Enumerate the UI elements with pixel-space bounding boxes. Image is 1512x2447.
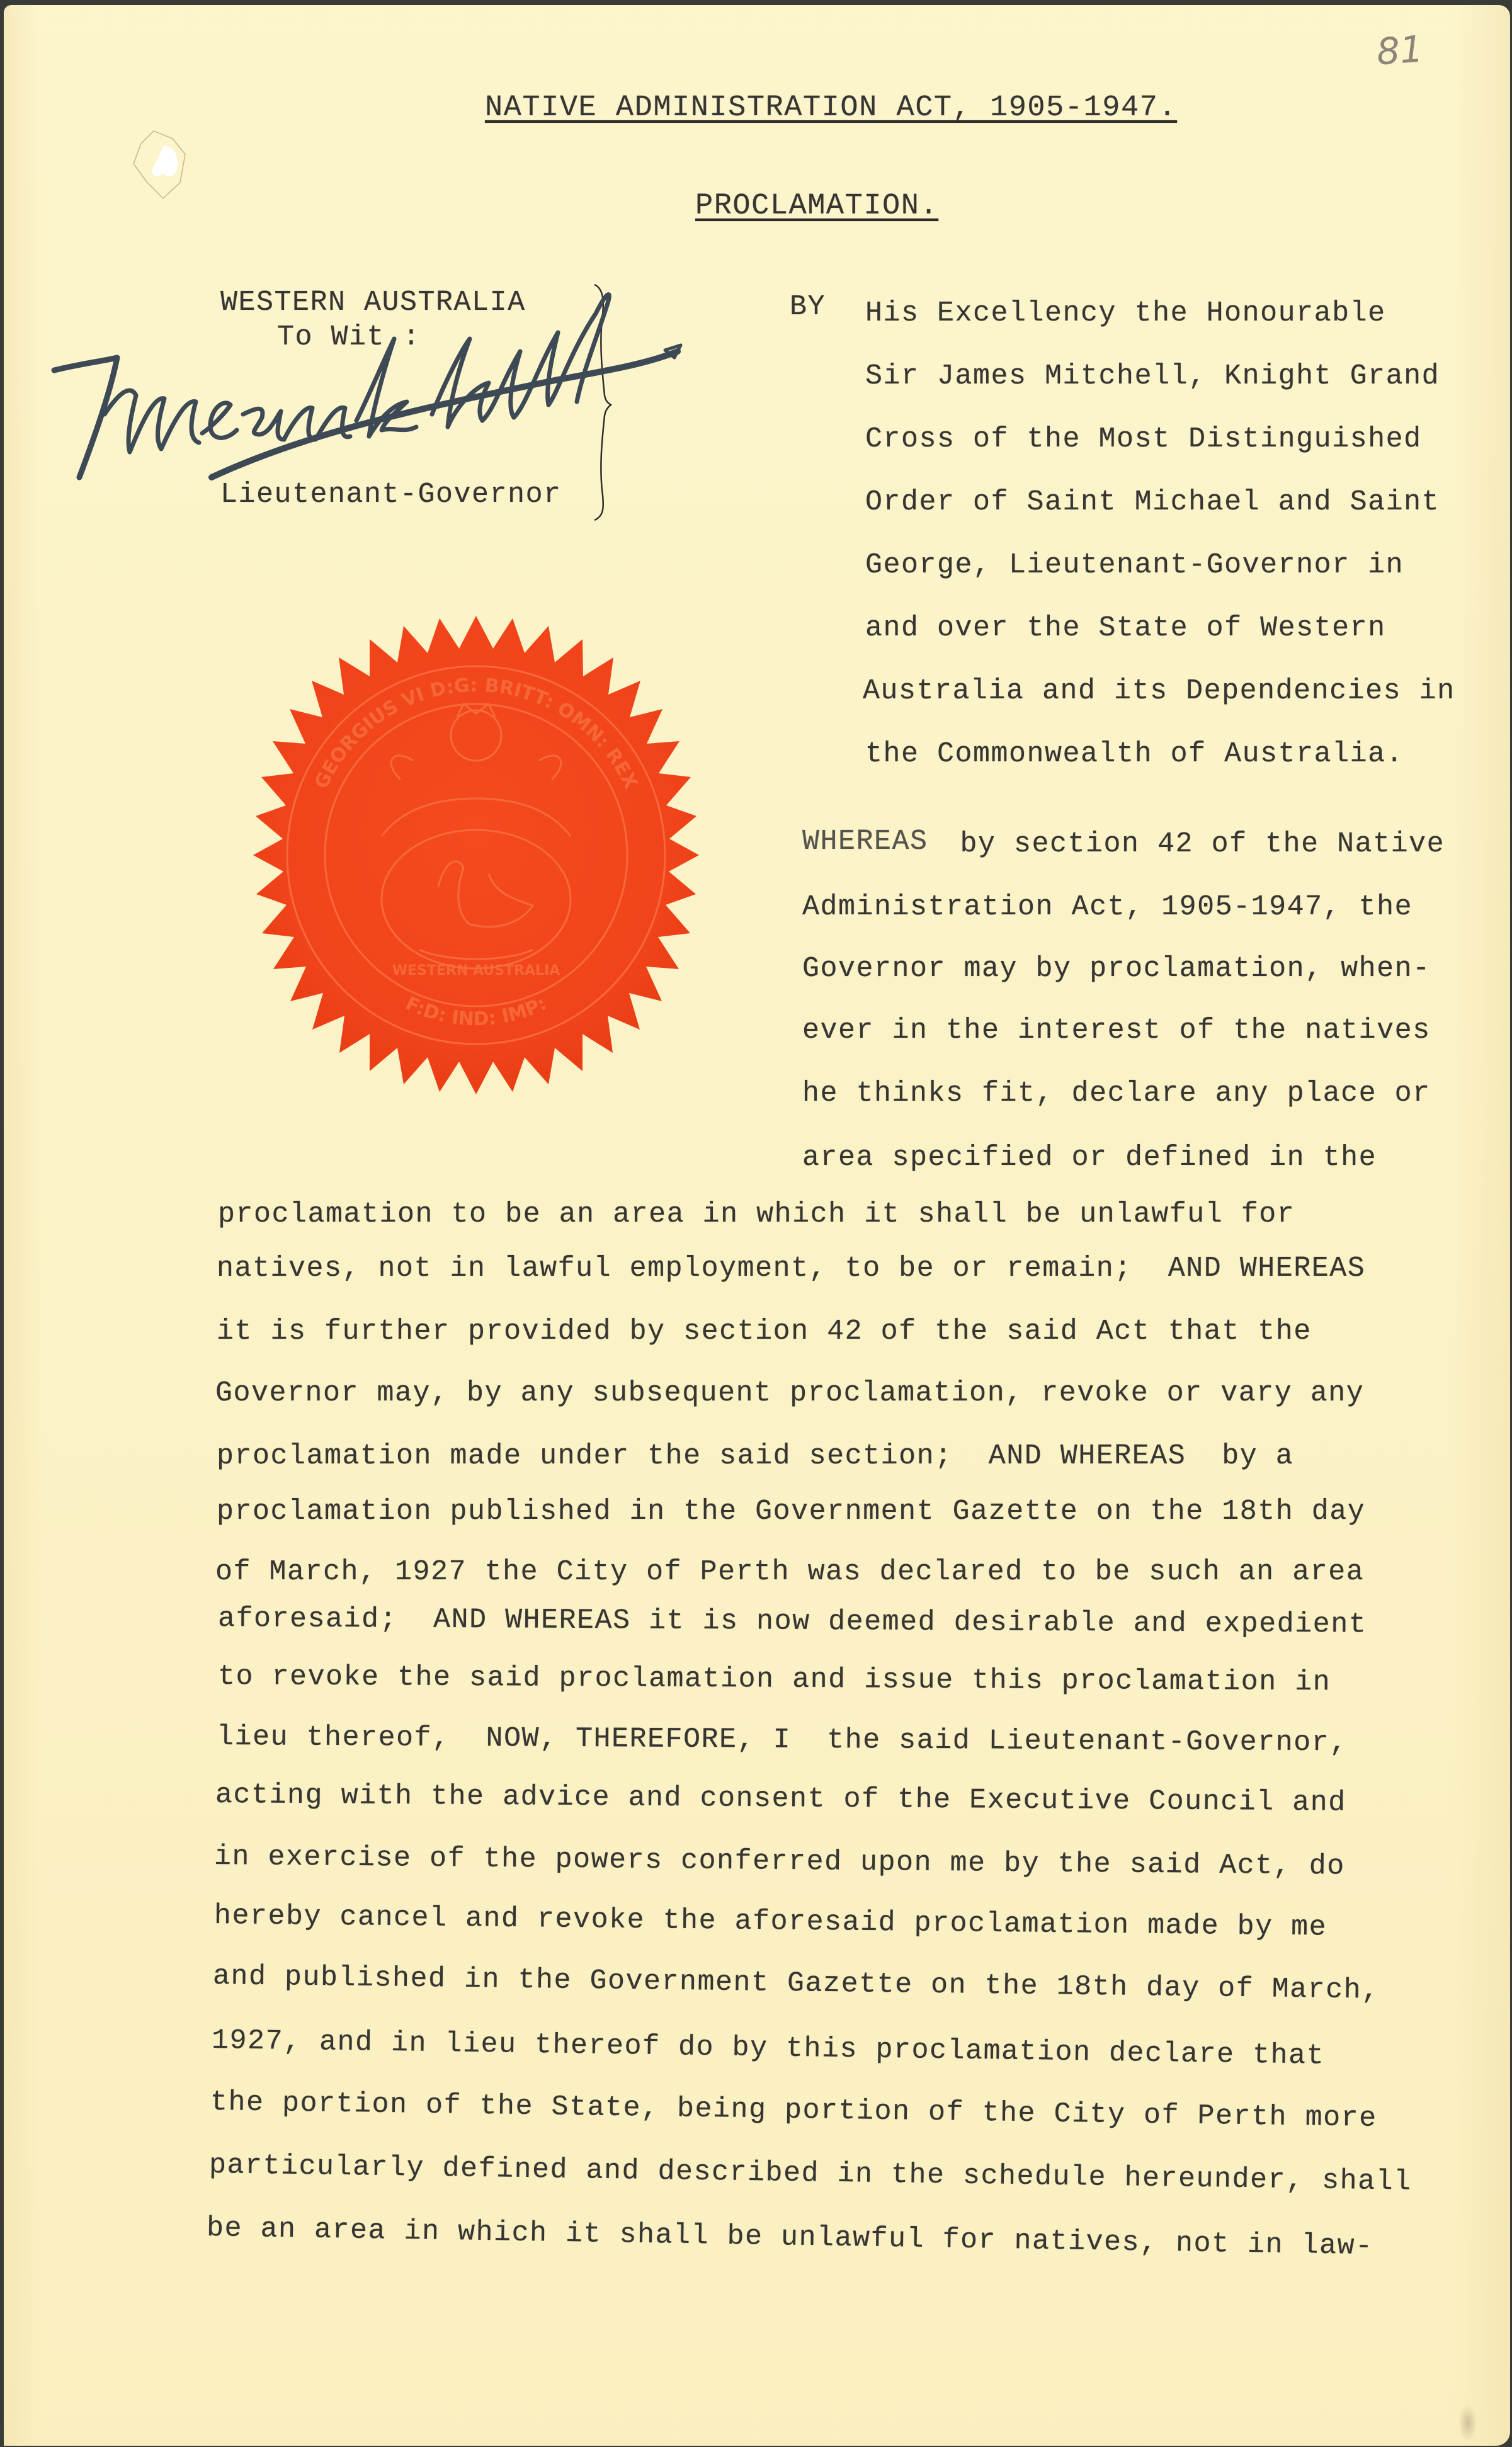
body-line: it is further provided by section 42 of … [217,1317,1312,1346]
body-line: proclamation to be an area in which it s… [218,1200,1295,1229]
preamble-line: Sir James Mitchell, Knight Grand [865,362,1440,390]
body-line: proclamation made under the said section… [217,1442,1293,1470]
by-label: BY [790,293,826,321]
body-line: to revoke the said proclamation and issu… [218,1662,1331,1696]
signature [42,270,785,490]
paper-stain [1458,2404,1477,2442]
preamble-line: His Excellency the Honourable [865,299,1386,327]
preamble-line: George, Lieutenant-Governor in [865,551,1404,579]
body-line: natives, not in lawful employment, to be… [217,1254,1365,1283]
whereas-lead: WHEREAS [802,827,928,856]
narrow-body-line: Governor may by proclamation, when- [802,955,1431,983]
preamble-line: Cross of the Most Distinguished [865,425,1422,453]
wax-seal: GEORGIUS VI D:G: BRITT: OMN: REX F:D: IN… [193,572,759,1138]
seal-inner-text: WESTERN AUSTRALIA [392,963,560,979]
body-line: the portion of the State, being portion … [210,2088,1377,2133]
body-line: lieu thereof, NOW, THEREFORE, I the said… [217,1723,1348,1757]
narrow-body-line: by section 42 of the Native [942,830,1445,858]
narrow-body-line: he thinks fit, declare any place or [802,1079,1431,1108]
body-line: proclamation published in the Government… [217,1497,1365,1526]
body-line: Governor may, by any subsequent proclama… [215,1379,1364,1407]
pinhole-damage-icon [128,120,191,202]
document-title: NATIVE ADMINISTRATION ACT, 1905-1947. [485,93,1177,123]
body-line: be an area in which it shall be unlawful… [207,2214,1373,2261]
preamble-line: the Commonwealth of Australia. [865,740,1404,768]
body-line: aforesaid; AND WHEREAS it is now deemed … [218,1604,1367,1639]
body-line: and published in the Government Gazette … [213,1962,1380,2005]
body-line: hereby cancel and revoke the aforesaid p… [214,1902,1327,1942]
narrow-body-line: Administration Act, 1905-1947, the [802,893,1413,921]
body-line: in exercise of the powers conferred upon… [214,1842,1345,1881]
preamble-line: Order of Saint Michael and Saint [865,488,1440,516]
folio-number: 81 [1375,28,1424,74]
document-page: 81 NATIVE ADMINISTRATION ACT, 1905-1947.… [4,5,1510,2446]
narrow-body-line: ever in the interest of the natives [802,1016,1431,1045]
body-line: acting with the advice and consent of th… [215,1781,1346,1817]
body-line: particularly defined and described in th… [209,2151,1412,2196]
document-subtitle: PROCLAMATION. [695,191,938,221]
body-line: 1927, and in lieu thereof do by this pro… [212,2026,1325,2070]
preamble-line: Australia and its Dependencies in [863,677,1455,705]
body-line: of March, 1927 the City of Perth was dec… [215,1558,1364,1586]
preamble-line: and over the State of Western [865,614,1386,642]
narrow-body-line: area specified or defined in the [802,1144,1377,1172]
